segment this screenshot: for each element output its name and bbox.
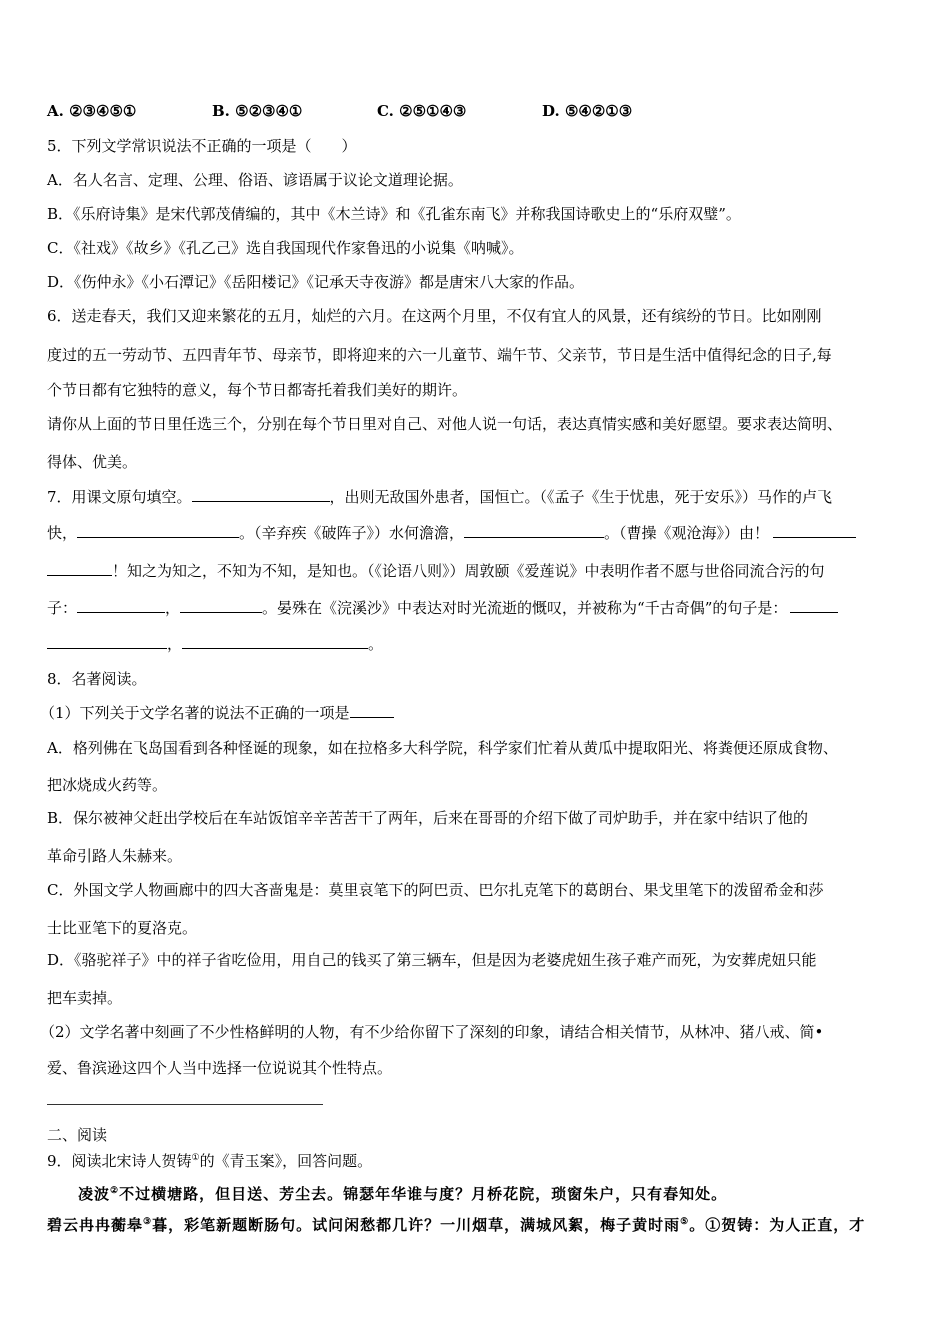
answer-blank[interactable] [773, 523, 856, 538]
q8-option-b-line-2: 革命引路人朱赫来。 [47, 846, 182, 866]
answer-blank[interactable] [47, 561, 112, 576]
q4-option-b: B. ⑤②③④① [212, 101, 377, 121]
q5-option-b: B．《乐府诗集》是宋代郭茂倩编的，其中《木兰诗》和《孔雀东南飞》并称我国诗歌史上… [47, 204, 741, 224]
section-title: 二、阅读 [47, 1125, 107, 1145]
q8-option-d-line-1: D．《骆驼祥子》中的祥子省吃俭用，用自己的钱买了第三辆车，但是因为老婆虎妞生孩子… [47, 950, 817, 970]
q9-stem: 9．阅读北宋诗人贺铸①的《青玉案》，回答问题。 [47, 1151, 372, 1171]
q5-stem: 5．下列文学常识说法不正确的一项是（ ） [47, 136, 357, 156]
answer-blank[interactable] [464, 523, 604, 538]
answer-blank[interactable] [77, 598, 165, 613]
q5-option-c: C．《社戏》《故乡》《孔乙己》选自我国现代作家鲁迅的小说集《呐喊》。 [47, 238, 523, 258]
q4-options: A. ②③④⑤① B. ⑤②③④① C. ②⑤①④③ D. ⑤④②①③ [47, 101, 707, 121]
q7-line-2: 快，。（辛弃疾《破阵子》）水何澹澹，。（曹操《观沧海》）由！ [47, 523, 856, 543]
q7-line-4: 子：，。晏殊在《浣溪沙》中表达对时光流逝的慨叹，并被称为“千古奇偶”的句子是： [47, 598, 838, 618]
q6-line-3: 个节日都有它独特的意义，每个节日都寄托着我们美好的期许。 [47, 380, 467, 400]
answer-line[interactable] [47, 1104, 323, 1105]
q6-line-4: 请你从上面的节日里任选三个，分别在每个节日里对自己、对他人说一句话，表达真情实感… [47, 414, 842, 434]
q7-line-1: 7．用课文原句填空。，出则无敌国外患者，国恒亡。（《孟子《生于忧患，死于安乐》）… [47, 487, 832, 507]
q7-line-5: ，。 [47, 634, 383, 654]
q8-sub2-line-2: 爱、鲁滨逊这四个人当中选择一位说说其个性特点。 [47, 1058, 392, 1078]
q4-option-d: D. ⑤④②①③ [542, 101, 707, 121]
answer-blank[interactable] [182, 634, 368, 649]
q7-line-3: ！知之为知之，不知为不知，是知也。（《论语八则》）周敦颐《爱莲说》中表明作者不愿… [47, 561, 825, 581]
q6-line-2: 度过的五一劳动节、五四青年节、母亲节，即将迎来的六一儿童节、端午节、父亲节，节日… [47, 345, 832, 365]
q5-option-a: A．名人名言、定理、公理、俗语、谚语属于议论文道理论据。 [47, 170, 463, 190]
poem-line-2: 碧云冉冉蘅皋③暮，彩笔新题断肠句。试问闲愁都几许？一川烟草，满城风絮，梅子黄时雨… [47, 1215, 865, 1235]
poem-line-1: 凌波②不过横塘路，但目送、芳尘去。锦瑟年华谁与度？月桥花院，琐窗朱户，只有春知处… [78, 1184, 727, 1204]
q8-sub1: （1）下列关于文学名著的说法不正确的一项是 [40, 703, 394, 723]
q8-option-c-line-2: 士比亚笔下的夏洛克。 [47, 918, 197, 938]
answer-blank[interactable] [350, 703, 394, 718]
q8-option-a-line-1: A．格列佛在飞岛国看到各种怪诞的现象，如在拉格多大科学院，科学家们忙着从黄瓜中提… [47, 738, 838, 758]
answer-blank[interactable] [192, 487, 330, 502]
answer-blank[interactable] [77, 523, 239, 538]
q4-option-c: C. ②⑤①④③ [377, 101, 542, 121]
q8-option-c-line-1: C．外国文学人物画廊中的四大吝啬鬼是：莫里哀笔下的阿巴贡、巴尔扎克笔下的葛朗台、… [47, 880, 823, 900]
q8-title: 8．名著阅读。 [47, 669, 147, 689]
q8-option-b-line-1: B．保尔被神父赶出学校后在车站饭馆辛辛苦苦干了两年，后来在哥哥的介绍下做了司炉助… [47, 808, 808, 828]
answer-blank[interactable] [180, 598, 262, 613]
q6-line-1: 6．送走春天，我们又迎来繁花的五月，灿烂的六月。在这两个月里，不仅有宜人的风景，… [47, 306, 822, 326]
answer-blank[interactable] [790, 598, 838, 613]
q6-line-5: 得体、优美。 [47, 452, 137, 472]
q8-sub2-line-1: （2）文学名著中刻画了不少性格鲜明的人物，有不少给你留下了深刻的印象，请结合相关… [40, 1022, 823, 1042]
answer-blank[interactable] [47, 634, 167, 649]
q8-option-a-line-2: 把冰烧成火药等。 [47, 775, 167, 795]
q8-option-d-line-2: 把车卖掉。 [47, 988, 122, 1008]
q5-option-d: D．《伤仲永》《小石潭记》《岳阳楼记》《记承天寺夜游》都是唐宋八大家的作品。 [47, 272, 584, 292]
q4-option-a: A. ②③④⑤① [47, 101, 212, 121]
